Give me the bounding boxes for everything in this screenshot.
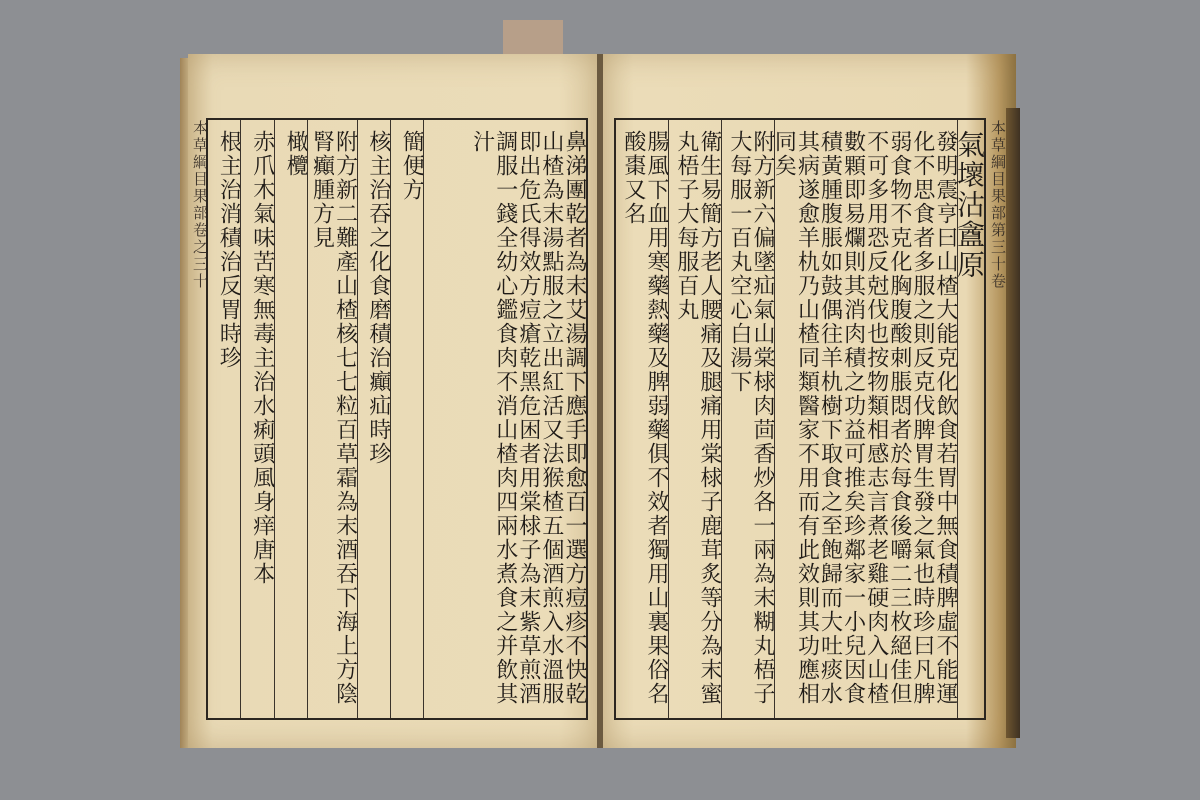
text-column: 核主治吞之化食磨積治癲疝時珍	[357, 120, 390, 718]
text-column: 赤爪木氣味苦寒無毒主治水痢頭風身痒唐本	[240, 120, 273, 718]
left-page-text-frame: 鼻涕團乾者為末艾湯調下應手即愈百一選方痘疹不快乾山楂為末湯點服之立出紅活又法猴楂…	[206, 118, 588, 720]
text-column: 腸風下血用寒藥熱藥及脾弱藥俱不效者獨用山裏果俗名酸棗又名	[616, 120, 668, 718]
right-page-text-frame: 氣壞沽盦原 發明震亨曰山楂大能克化飲食若胃中無食積脾虛不能運化不思食者多服之則反…	[614, 118, 986, 720]
text-column: 發明震亨曰山楂大能克化飲食若胃中無食積脾虛不能運化不思食者多服之則反克伐脾胃生發…	[774, 120, 957, 718]
text-column: 根主治消積治反胃時珍	[208, 120, 240, 718]
text-column: 鼻涕團乾者為末艾湯調下應手即愈百一選方痘疹不快乾山楂為末湯點服之立出紅活又法猴楂…	[423, 120, 586, 718]
text-column: 附方新六偏墜疝氣山棠梂肉茴香炒各一兩為末糊丸梧子大每服一百丸空心白湯下	[721, 120, 774, 718]
text-column: 橄欖	[274, 120, 307, 718]
text-column: 氣壞沽盦原	[957, 120, 984, 718]
open-book: 本草綱目果部卷之三十 本草綱目果部第三十卷 氣壞沽盦原 發明震亨曰山楂大能克化飲…	[180, 48, 1020, 760]
text-column: 附方新二難產山楂核七七粒百草霜為末酒吞下海上方陰腎癲腫方見	[307, 120, 357, 718]
right-running-title: 本草綱目果部第三十卷	[988, 120, 1009, 680]
text-column: 簡便方	[390, 120, 423, 718]
book-gutter	[597, 54, 603, 748]
text-column: 衛生易簡方老人腰痛及腿痛用棠梂子鹿茸炙等分為末蜜丸梧子大每服百丸	[668, 120, 721, 718]
